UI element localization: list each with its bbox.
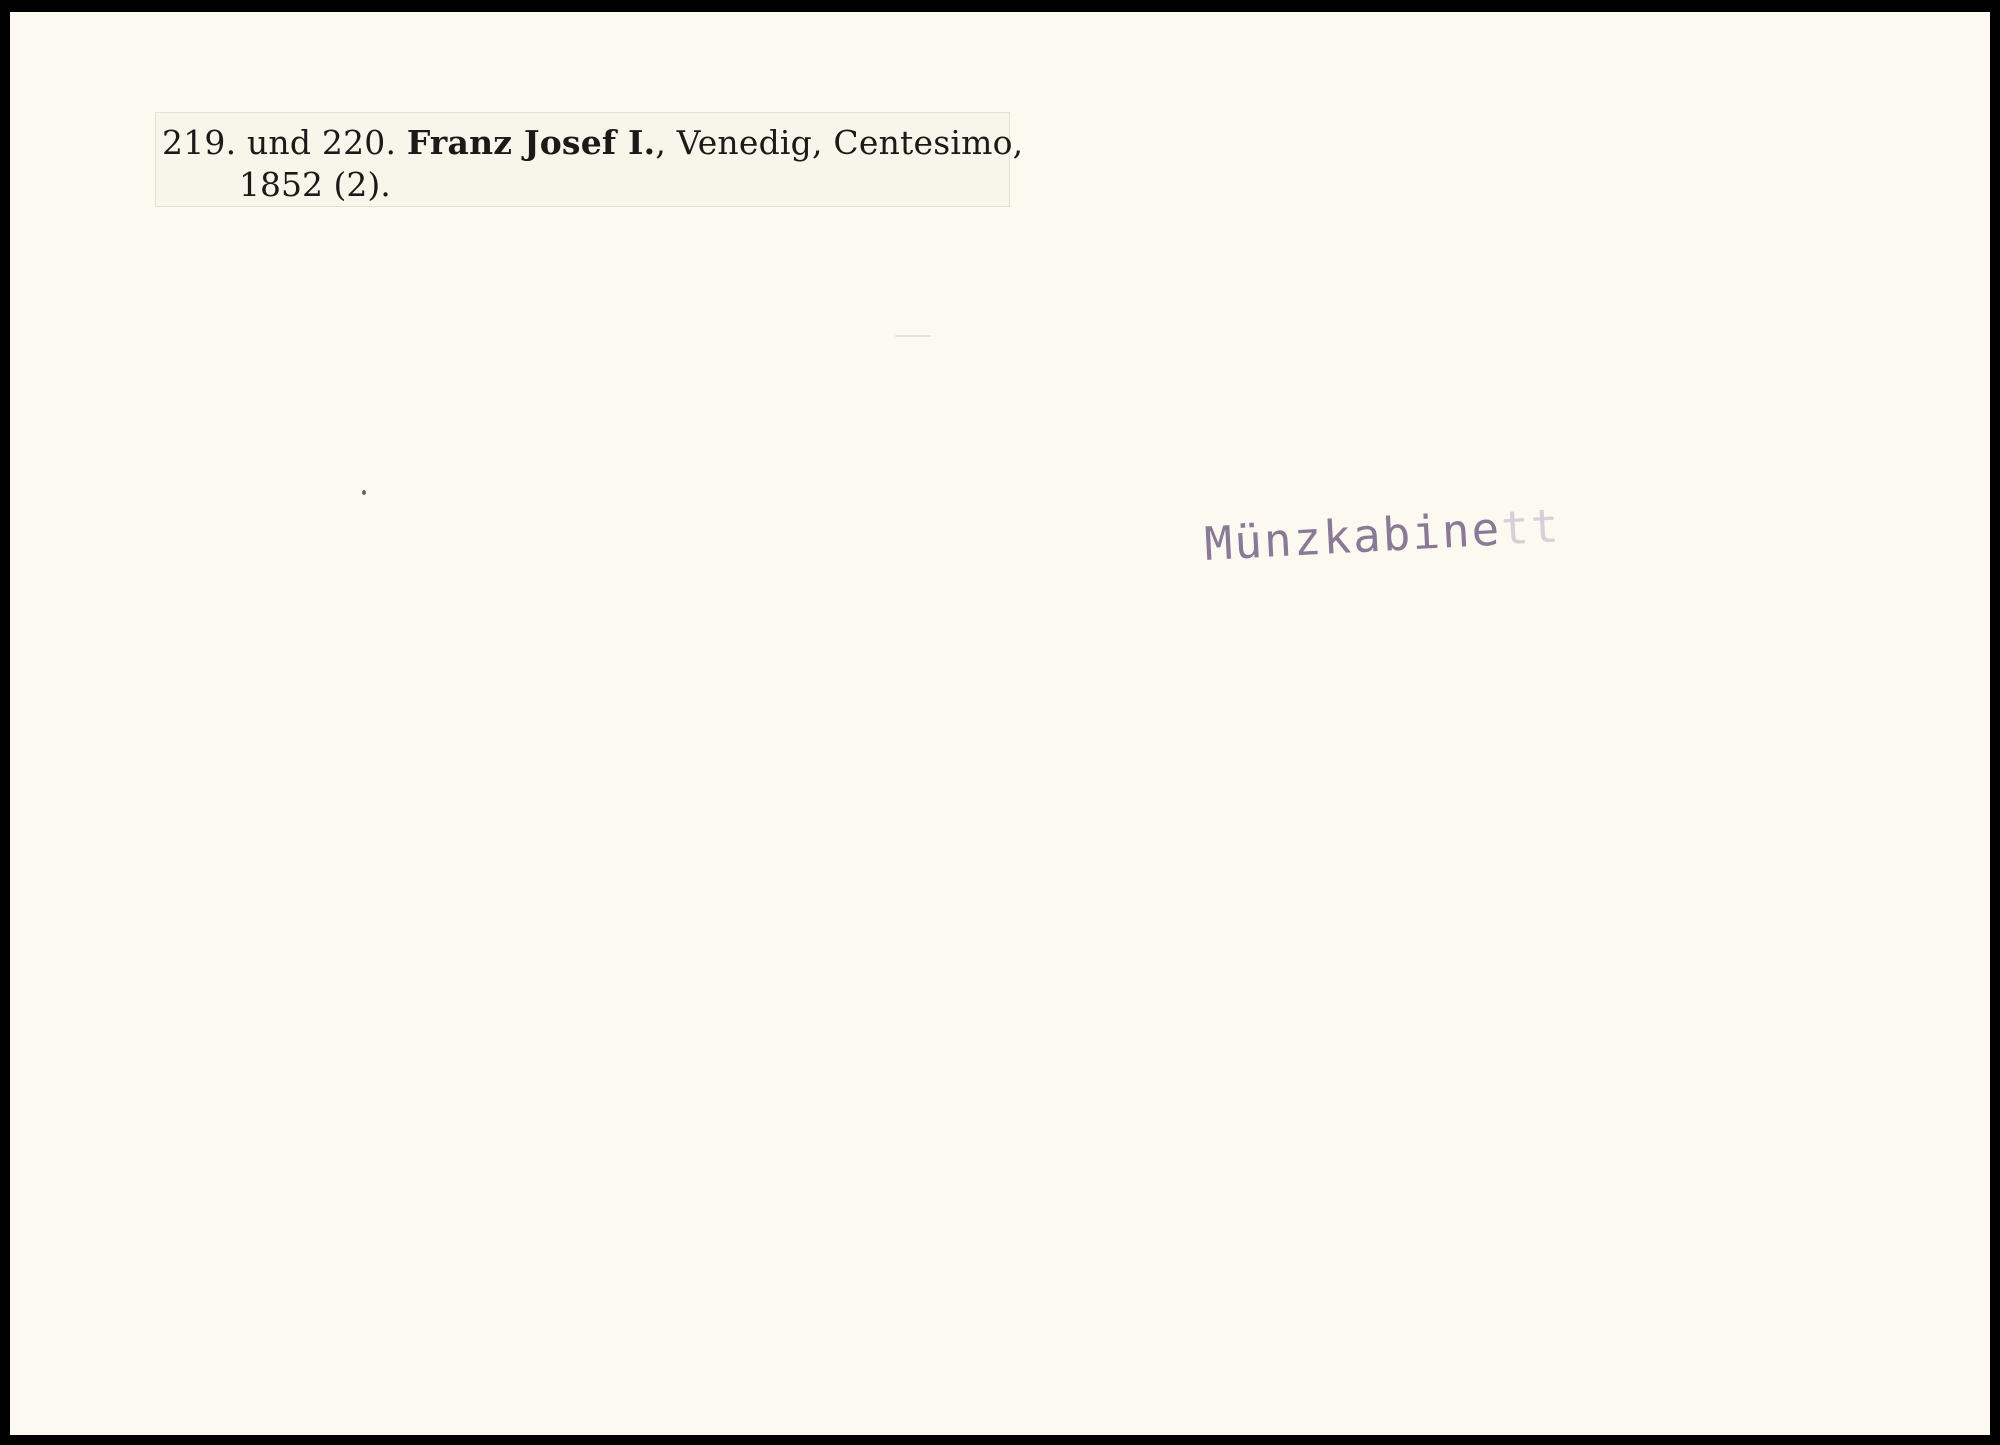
- label-line-2: 1852 (2).: [239, 165, 391, 204]
- card-paper: 219. und 220. Franz Josef I., Venedig, C…: [10, 12, 1990, 1435]
- stamp-muenzkabinett: Münzkabinett: [1203, 498, 1562, 571]
- speck-mark: [362, 490, 366, 495]
- label-line-1: 219. und 220. Franz Josef I., Venedig, C…: [162, 123, 1023, 162]
- speck-mark: [895, 335, 931, 337]
- stamp-main-text: Münzkabine: [1203, 502, 1502, 571]
- label-ruler-name: Franz Josef I.: [407, 123, 655, 162]
- catalog-label: 219. und 220. Franz Josef I., Venedig, C…: [155, 112, 1010, 207]
- label-number: 219. und 220.: [162, 123, 407, 162]
- stamp-faint-text: tt: [1500, 498, 1562, 555]
- label-description: , Venedig, Centesimo,: [655, 123, 1023, 162]
